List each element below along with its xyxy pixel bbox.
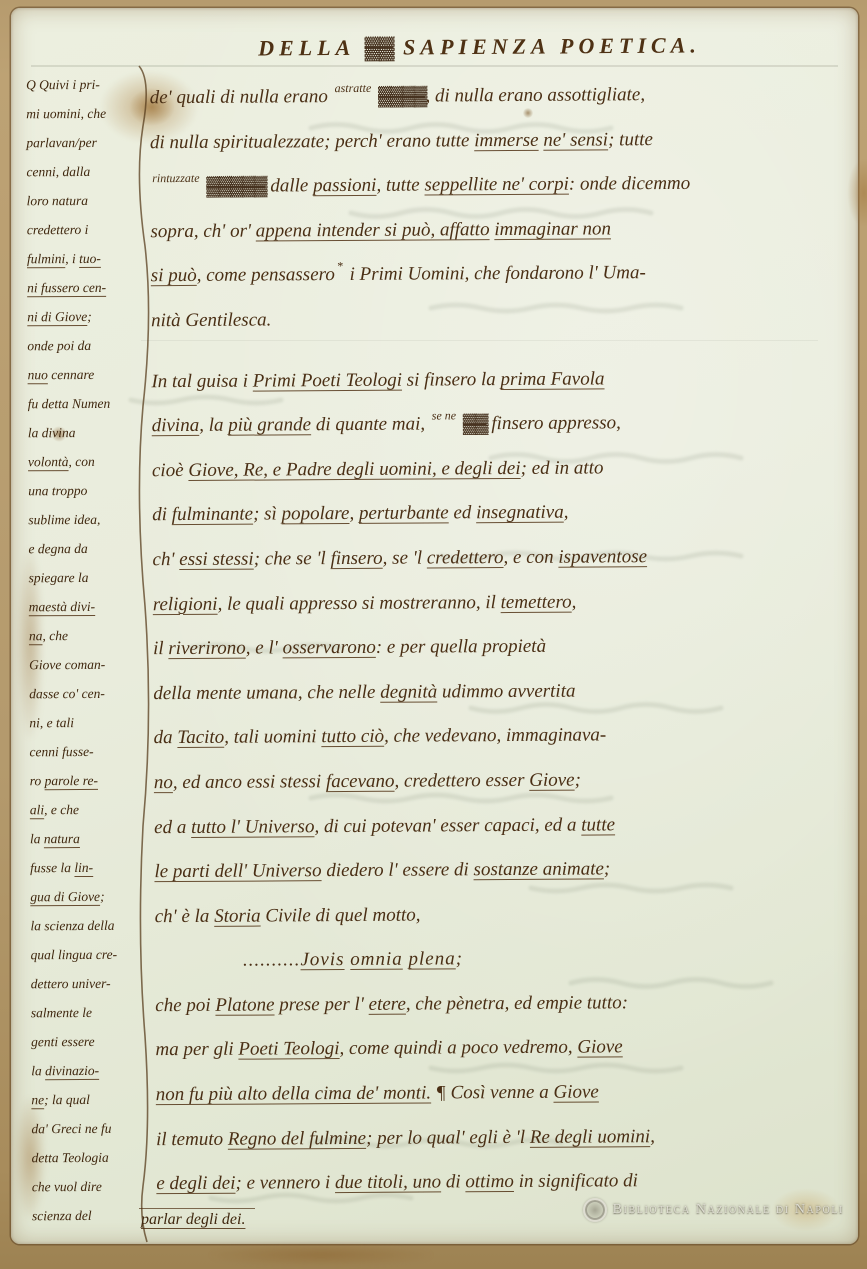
text-line: In tal guisa i Primi Poeti Teologi si fi… xyxy=(151,355,867,404)
margin-line: Giove coman- xyxy=(29,650,141,680)
margin-line: volontà, con xyxy=(28,447,140,477)
library-watermark-label: Biblioteca Nazionale di Napoli xyxy=(613,1202,844,1218)
margin-line: na, che xyxy=(29,621,141,651)
text-line: de' quali di nulla erano astratte ▓▓▓▓, … xyxy=(150,72,866,121)
text-line: ma per gli Poeti Teologi, come quindi a … xyxy=(155,1024,867,1073)
text-line: il riverirono, e l' osservarono: e per q… xyxy=(153,623,867,672)
margin-line: maestà divi- xyxy=(29,592,141,622)
margin-line: ni, e tali xyxy=(29,708,141,738)
margin-line: sublime idea, xyxy=(28,505,140,535)
main-text: de' quali di nulla erano astratte ▓▓▓▓, … xyxy=(150,72,867,1207)
margin-line: mi uomini, che xyxy=(26,99,138,129)
library-watermark: Biblioteca Nazionale di Napoli xyxy=(583,1198,844,1222)
text-line: religioni, le quali appresso si mostrera… xyxy=(153,578,867,627)
text-line: che poi Platone prese per l' etere, che … xyxy=(155,980,867,1029)
margin-line: parlavan/per xyxy=(26,128,138,158)
margin-line: la scienza della xyxy=(30,911,142,941)
margin-line: scienza del xyxy=(32,1201,144,1231)
margin-line: ro parole re- xyxy=(30,766,142,796)
margin-line: ne; la qual xyxy=(31,1085,143,1115)
margin-line: la divina xyxy=(28,418,140,448)
margin-note: Q Quivi i pri-mi uomini, cheparlavan/per… xyxy=(26,70,144,1231)
text-line: ch' è la Storia Civile di quel motto, xyxy=(155,890,867,939)
page-title: DELLA ▓▓ SAPIENZA POETICA. xyxy=(161,32,798,62)
margin-line: cenni, dalla xyxy=(26,157,138,187)
margin-line: fulmini, i tuo- xyxy=(27,244,139,274)
margin-line: credettero i xyxy=(27,215,139,245)
margin-line: dasse co' cen- xyxy=(29,679,141,709)
paper-stain xyxy=(211,1244,431,1266)
margin-line: ni di Giove; xyxy=(27,302,139,332)
margin-line: da' Greci ne fu xyxy=(31,1114,143,1144)
margin-line: la divinazio- xyxy=(31,1056,143,1086)
library-emblem-icon xyxy=(583,1198,607,1222)
text-line: non fu più alto della cima de' monti. ¶ … xyxy=(156,1069,867,1118)
margin-line: la natura xyxy=(30,824,142,854)
margin-line: genti essere xyxy=(31,1027,143,1057)
margin-line: che vuol dire xyxy=(32,1172,144,1202)
margin-line: spiegare la xyxy=(29,563,141,593)
margin-line: fu detta Numen xyxy=(28,389,140,419)
text-line: da Tacito, tali uomini tutto ciò, che ve… xyxy=(153,712,867,761)
margin-line: ali, e che xyxy=(30,795,142,825)
text-line: il temuto Regno del fulmine; per lo qual… xyxy=(156,1113,867,1162)
manuscript-page: DELLA ▓▓ SAPIENZA POETICA. Q Quivi i pri… xyxy=(11,8,858,1244)
manuscript-photo: DELLA ▓▓ SAPIENZA POETICA. Q Quivi i pri… xyxy=(0,0,867,1269)
margin-line: una troppo xyxy=(28,476,140,506)
text-line: rintuzzate ▓▓▓▓▓ dalle passioni, tutte s… xyxy=(150,161,866,210)
margin-line: Q Quivi i pri- xyxy=(26,70,138,100)
text-line: nità Gentilesca. xyxy=(151,295,867,344)
margin-line: fusse la lin- xyxy=(30,853,142,883)
text-line: ..........Jovis omnia plena; xyxy=(155,935,867,984)
margin-line: detta Teologia xyxy=(32,1143,144,1173)
text-line: le parti dell' Universo diedero l' esser… xyxy=(154,846,867,895)
text-line: della mente umana, che nelle degnità udi… xyxy=(153,668,867,717)
text-line: di fulminante; sì popolare, perturbante … xyxy=(152,489,867,538)
text-line: si può, come pensassero* i Primi Uomini,… xyxy=(151,250,867,299)
margin-line: e degna da xyxy=(28,534,140,564)
text-line: divina, la più grande di quante mai, se … xyxy=(152,400,867,449)
margin-line: onde poi da xyxy=(27,331,139,361)
margin-line: qual lingua cre- xyxy=(31,940,143,970)
margin-line: nuo cennare xyxy=(27,360,139,390)
margin-line: dettero univer- xyxy=(31,969,143,999)
text-line: di nulla spiritualezzate; perch' erano t… xyxy=(150,116,866,165)
paper-crease xyxy=(31,65,838,67)
margin-line: loro natura xyxy=(27,186,139,216)
margin-line: ni fussero cen- xyxy=(27,273,139,303)
text-line: ch' essi stessi; che se 'l finsero, se '… xyxy=(152,534,867,583)
text-line: cioè Giove, Re, e Padre degli uomini, e … xyxy=(152,445,867,494)
margin-line: cenni fusse- xyxy=(29,737,141,767)
margin-note-continuation: parlar degli dei. xyxy=(139,1208,255,1229)
margin-line: salmente le xyxy=(31,998,143,1028)
text-line: ed a tutto l' Universo, di cui potevan' … xyxy=(154,801,867,850)
margin-line: gua di Giove; xyxy=(30,882,142,912)
text-line: no, ed anco essi stessi facevano, credet… xyxy=(154,757,867,806)
text-line: sopra, ch' or' appena intender si può, a… xyxy=(150,206,866,255)
